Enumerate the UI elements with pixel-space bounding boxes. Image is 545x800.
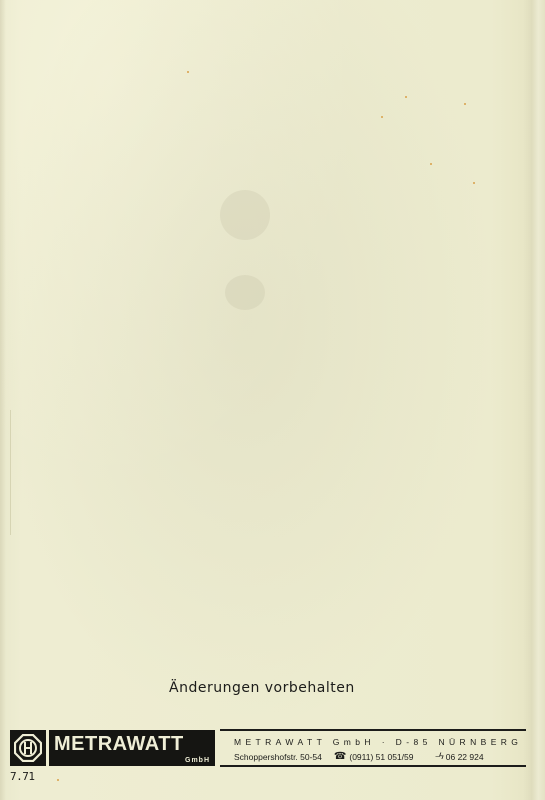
paper-speck xyxy=(430,163,432,165)
brand-suffix: GmbH xyxy=(185,757,210,764)
brand-name: METRAWATT xyxy=(54,733,184,756)
page-edge-right xyxy=(523,0,545,800)
paper-speck xyxy=(381,116,383,118)
company-footer: METRAWATT GmbH METRAWATT GmbH · D-85 NÜR… xyxy=(10,729,520,767)
paper-speck xyxy=(405,96,407,98)
octagon-logo-icon xyxy=(14,734,42,762)
phone-number: (0911) 51 051/59 xyxy=(349,752,413,762)
paper-stain xyxy=(225,275,265,310)
telephone-icon: ☎ xyxy=(334,751,346,762)
paper-speck xyxy=(464,103,466,105)
telex-number: 06 22 924 xyxy=(446,752,484,762)
paper-speck xyxy=(57,779,59,781)
company-line: METRAWATT GmbH · D-85 NÜRNBERG xyxy=(234,737,522,747)
metrawatt-logo-icon xyxy=(10,730,46,766)
print-date-code: 7.71 xyxy=(10,770,35,783)
page-edge-left xyxy=(0,0,6,800)
paper-crease xyxy=(3,410,11,535)
telex-icon: ⎯ϟ xyxy=(435,751,442,762)
street-address: Schoppershofstr. 50-54 xyxy=(234,752,322,762)
paper-speck xyxy=(473,182,475,184)
contact-line: Schoppershofstr. 50-54 ☎ (0911) 51 051/5… xyxy=(234,751,526,762)
changes-reserved-notice: Änderungen vorbehalten xyxy=(169,680,355,696)
paper-speck xyxy=(187,71,189,73)
paper-stain xyxy=(220,190,270,240)
address-block: METRAWATT GmbH · D-85 NÜRNBERG Schoppers… xyxy=(220,729,526,767)
brand-wordmark: METRAWATT GmbH xyxy=(49,730,215,766)
